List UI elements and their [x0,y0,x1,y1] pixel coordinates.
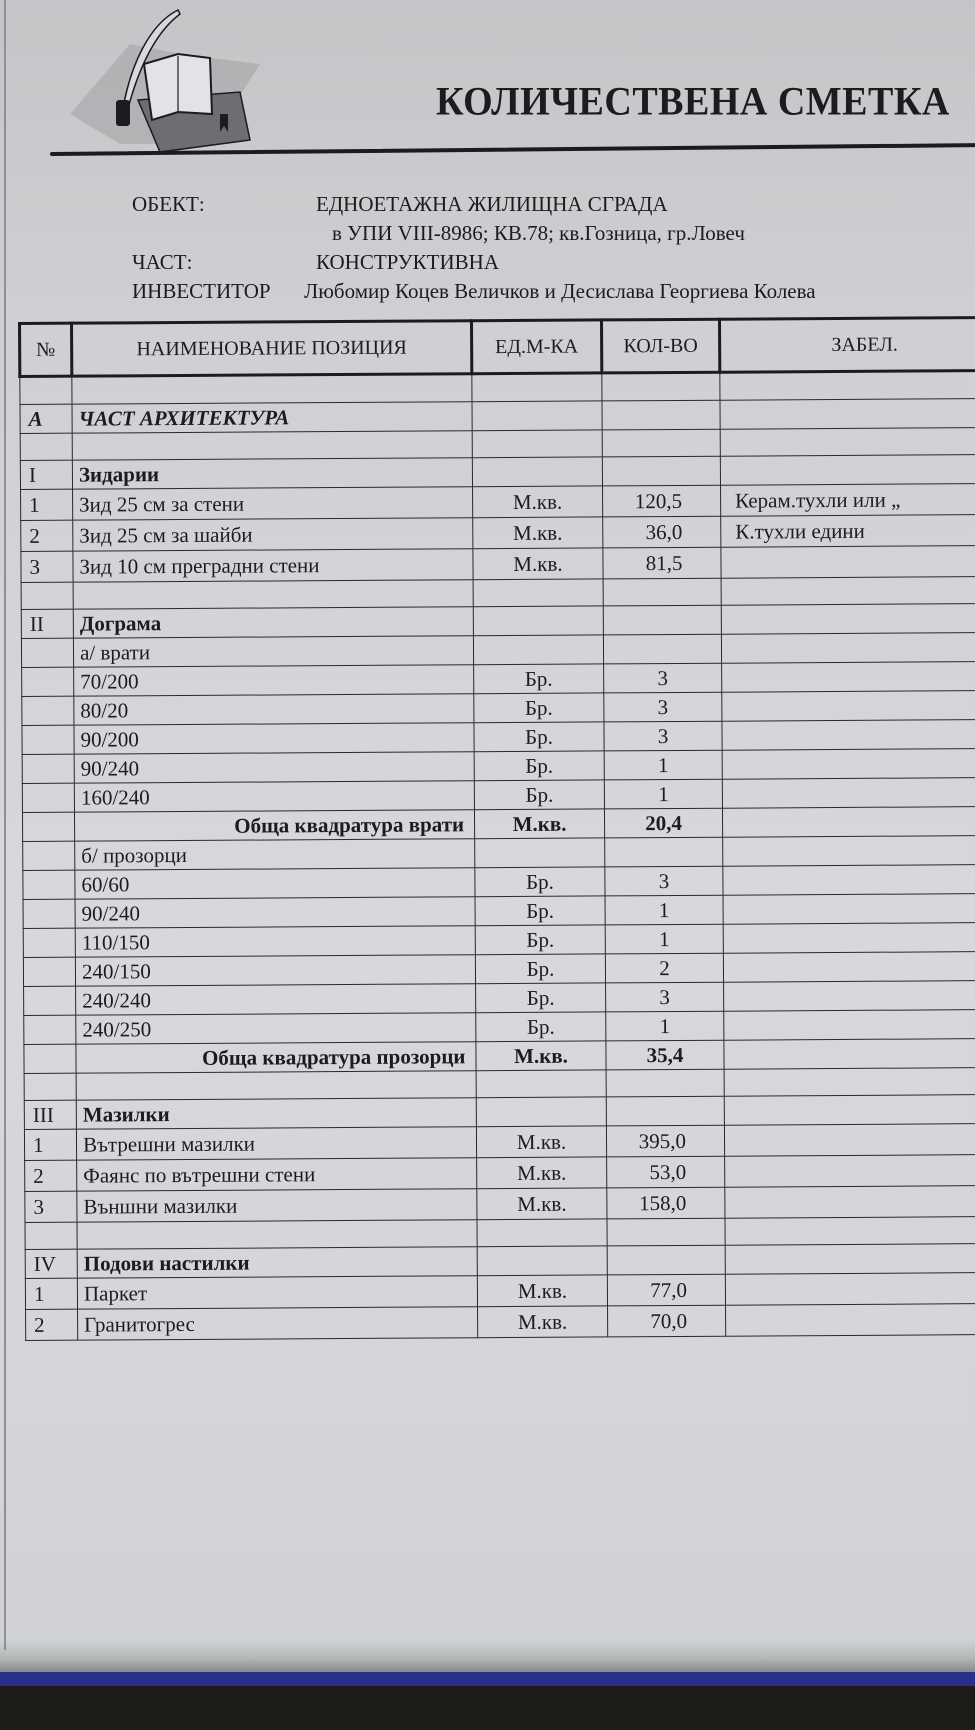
cell-unit: М.кв. [476,1126,606,1158]
table-body: АЧАСТ АРХИТЕКТУРАIЗидарии1Зид 25 см за с… [20,370,975,1340]
cell-name: Гранитогрес [78,1307,478,1340]
cell-note: Керам.тухли или „ [721,483,975,516]
cell-unit: Бр. [476,1012,606,1042]
header-unit: ЕД.М-КА [472,320,602,374]
open-book-quill-icon [60,4,300,154]
cell-note [724,1123,975,1156]
cell-name: 240/250 [76,1013,476,1044]
cell-unit [473,606,603,636]
cell-name [72,431,472,460]
part-label: ЧАСТ: [132,248,316,277]
cell-note [722,661,975,692]
cell-unit: М.кв. [477,1188,607,1220]
cell-name: 110/150 [75,926,475,957]
cell-no [22,667,74,696]
quantities-table: № НАИМЕНОВАНИЕ ПОЗИЦИЯ ЕД.М-КА КОЛ-ВО ЗА… [18,316,975,1341]
cell-qty: 70,0 [608,1305,726,1337]
cell-qty [602,429,720,457]
cell-unit [477,1246,607,1276]
cell-no [22,783,74,812]
cell-qty: 36,0 [603,516,721,548]
cell-name: 60/60 [75,868,475,899]
cell-name: Зид 25 см за шайби [73,518,473,551]
object-value: ЕДНОЕТАЖНА ЖИЛИЩНА СГРАДА [316,190,668,219]
cell-note [724,1038,975,1069]
cell-note [722,748,975,779]
cell-no [23,899,75,928]
cell-unit [473,635,603,665]
cell-qty [605,837,723,867]
cell-no [24,1044,76,1073]
cell-note [721,632,975,663]
cell-no [23,841,75,870]
cell-qty [602,400,720,430]
cell-note [721,603,975,634]
cell-unit: М.кв. [478,1306,608,1338]
header-qty: КОЛ-ВО [601,319,719,373]
cell-no: IV [25,1249,77,1278]
cell-qty [602,372,720,401]
cell-qty: 395,0 [606,1125,724,1157]
cell-unit [476,1097,606,1127]
investor-label: ИНВЕСТИТОР [132,277,304,306]
cell-qty: 20,4 [604,808,722,838]
cell-note [721,576,975,605]
header-note: ЗАБЕЛ. [719,317,975,372]
cell-unit: М.кв. [473,486,603,518]
cell-no: I [20,460,72,489]
page-edge [4,0,6,1650]
cell-note [720,370,975,400]
cell-unit: Бр. [474,751,604,781]
cell-unit: Бр. [475,867,605,897]
cell-no [20,376,72,404]
header-no: № [20,323,72,376]
cell-name [77,1220,477,1249]
investor-row: ИНВЕСТИТОР Любомир Коцев Величков и Деси… [132,277,816,306]
cell-unit: М.кв. [473,548,603,580]
document-title: КОЛИЧЕСТВЕНА СМЕТКА [436,79,950,125]
cell-unit [472,457,602,487]
cell-unit: Бр. [474,664,604,694]
cell-no [21,638,73,667]
cell-name: а/ врати [73,636,473,667]
cell-unit: М.кв. [476,1041,606,1071]
cell-unit [472,430,602,458]
cell-no [25,1222,77,1249]
cell-no [24,986,76,1015]
cell-unit: Бр. [474,780,604,810]
cell-unit [472,373,602,402]
cell-qty [606,1096,724,1126]
object-row: ОБЕКТ: ЕДНОЕТАЖНА ЖИЛИЩНА СГРАДА [132,190,816,219]
cell-note [723,864,975,895]
project-info: ОБЕКТ: ЕДНОЕТАЖНА ЖИЛИЩНА СГРАДА в УПИ V… [132,190,816,306]
object-label: ОБЕКТ: [132,190,316,219]
cell-qty: 3 [604,692,722,722]
cell-no: 3 [25,1191,77,1222]
cell-no [20,433,72,460]
cell-note [720,427,975,456]
cell-unit [475,838,605,868]
cell-name: Зид 10 см преградни стени [73,549,473,582]
cell-qty: 1 [606,1011,724,1041]
cell-unit: Бр. [474,722,604,752]
cell-qty: 53,0 [607,1156,725,1188]
cell-qty [603,605,721,635]
cell-unit [472,401,602,431]
cell-unit [473,579,603,607]
cell-no: 3 [21,551,73,582]
cell-qty [603,634,721,664]
cell-note [722,777,975,808]
cell-name: 90/200 [74,723,474,754]
cell-no: II [21,609,73,638]
cell-qty: 3 [606,982,724,1012]
table-header-row: № НАИМЕНОВАНИЕ ПОЗИЦИЯ ЕД.М-КА КОЛ-ВО ЗА… [20,317,975,376]
cell-no [24,1015,76,1044]
cell-no: 2 [21,520,73,551]
cell-qty: 35,4 [606,1040,724,1070]
cell-note [723,893,975,924]
cell-unit [476,1070,606,1098]
cell-unit: Бр. [475,896,605,926]
cell-unit: М.кв. [477,1275,607,1307]
cell-no [21,582,73,609]
cell-name: Обща квадратура прозорци [76,1042,476,1073]
cell-qty: 1 [605,924,723,954]
document-page: КОЛИЧЕСТВЕНА СМЕТКА ОБЕКТ: ЕДНОЕТАЖНА ЖИ… [0,0,975,1660]
cell-note: К.тухли едини [721,514,975,547]
folder-binding [0,1672,975,1686]
cell-name [73,580,473,609]
cell-unit: М.кв. [473,517,603,549]
cell-note [721,545,975,578]
cell-note [724,1009,975,1040]
cell-name: 240/150 [75,955,475,986]
cell-unit: Бр. [475,925,605,955]
cell-qty [603,578,721,606]
cell-unit: М.кв. [477,1157,607,1189]
cell-note [725,1243,975,1274]
object-location-row: в УПИ VIII-8986; КВ.78; кв.Гозница, гр.Л… [132,219,816,248]
cell-name [76,1071,476,1100]
bill-of-quantities: № НАИМЕНОВАНИЕ ПОЗИЦИЯ ЕД.М-КА КОЛ-ВО ЗА… [18,316,975,1341]
cell-no [22,696,74,725]
cell-qty [606,1069,724,1097]
cell-no: III [24,1100,76,1129]
cell-note [724,1067,975,1096]
cell-note [725,1216,975,1245]
cell-qty: 77,0 [607,1274,725,1306]
cell-unit: Бр. [476,983,606,1013]
cell-name: Мазилки [76,1098,476,1129]
cell-qty [602,456,720,486]
part-value: КОНСТРУКТИВНА [316,248,499,277]
cell-no: А [20,404,72,433]
cell-qty: 3 [605,866,723,896]
cell-no: 1 [21,489,73,520]
cell-note [722,690,975,721]
cell-name: Обща квадратура врати [74,810,474,841]
cell-name: 160/240 [74,781,474,812]
cell-name: 90/240 [75,897,475,928]
cell-no [23,957,75,986]
cell-name: Подови настилки [77,1247,477,1278]
cell-qty: 1 [604,750,722,780]
cell-name: Зидарии [72,458,472,489]
cell-name: Фаянс по вътрешни стени [77,1158,477,1191]
background-surface [0,1686,975,1730]
cell-unit: Бр. [475,954,605,984]
cell-no [22,725,74,754]
cell-name: Зид 25 см за стени [73,487,473,520]
cell-name: 80/20 [74,694,474,725]
cell-no: 2 [26,1309,78,1340]
cell-no: 1 [25,1278,77,1309]
cell-qty: 1 [604,779,722,809]
cell-qty: 158,0 [607,1187,725,1219]
cell-note [723,951,975,982]
cell-note [724,1094,975,1125]
cell-unit: М.кв. [474,809,604,839]
cell-note [723,922,975,953]
cell-name: 70/200 [74,665,474,696]
cell-note [725,1154,975,1187]
cell-note [724,980,975,1011]
cell-no [23,870,75,899]
header-name: НАИМЕНОВАНИЕ ПОЗИЦИЯ [72,321,472,376]
cell-note [723,835,975,866]
cell-name: Паркет [77,1276,477,1309]
cell-qty [607,1218,725,1246]
cell-name: б/ прозорци [75,839,475,870]
cell-name: 240/240 [76,984,476,1015]
cell-name [72,374,472,404]
cell-note [726,1303,975,1336]
cell-note [720,398,975,429]
cell-note [725,1185,975,1218]
cell-note [722,806,975,837]
table-row: 2ГранитогресМ.кв.70,0 [26,1303,975,1340]
cell-name: Дограма [73,607,473,638]
cell-no: 2 [25,1160,77,1191]
cell-note [720,454,975,485]
cell-name: 90/240 [74,752,474,783]
cell-qty [607,1245,725,1275]
cell-qty: 3 [604,663,722,693]
cell-no: 1 [24,1129,76,1160]
page-fold [0,1640,975,1674]
cell-unit [477,1219,607,1247]
cell-name: ЧАСТ АРХИТЕКТУРА [72,402,472,433]
cell-unit: Бр. [474,693,604,723]
cell-qty: 81,5 [603,547,721,579]
cell-qty: 3 [604,721,722,751]
cell-no [22,754,74,783]
cell-note [725,1272,975,1305]
object-location: в УПИ VIII-8986; КВ.78; кв.Гозница, гр.Л… [332,219,745,248]
cell-no [23,928,75,957]
cell-qty: 120,5 [603,485,721,517]
cell-qty: 1 [605,895,723,925]
cell-qty: 2 [605,953,723,983]
cell-no [22,812,74,841]
investor-value: Любомир Коцев Величков и Десислава Георг… [304,277,816,306]
cell-note [722,719,975,750]
cell-no [24,1073,76,1100]
part-row: ЧАСТ: КОНСТРУКТИВНА [132,248,816,277]
cell-name: Външни мазилки [77,1189,477,1222]
cell-name: Вътрешни мазилки [76,1127,476,1160]
